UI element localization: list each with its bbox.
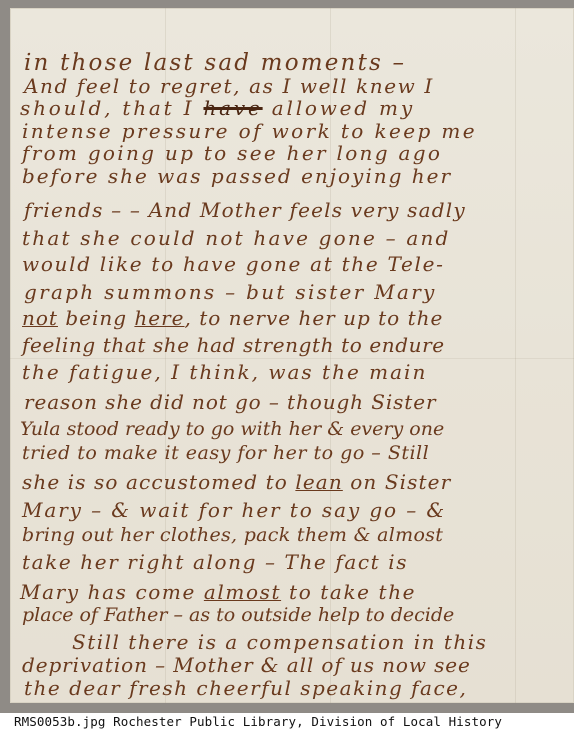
underlined-word-here: here	[134, 306, 184, 330]
handwritten-line-10: graph summons – but sister Mary	[24, 280, 437, 304]
line-3-start: should, that I	[20, 96, 203, 120]
line-17-start: she is so accustomed to	[22, 470, 295, 494]
handwritten-line-17: she is so accustomed to lean on Sister	[22, 470, 451, 494]
handwritten-line-6: before she was passed enjoying her	[22, 164, 452, 188]
handwritten-line-18: Mary – & wait for her to say go – &	[22, 498, 446, 522]
handwritten-line-25: the dear fresh cheerful speaking face,	[24, 676, 467, 700]
underlined-word-lean: lean	[295, 470, 342, 494]
handwritten-line-16: tried to make it easy for her to go – St…	[22, 442, 429, 464]
image-caption: RMS0053b.jpg Rochester Public Library, D…	[14, 714, 502, 729]
handwritten-line-22: place of Father – as to outside help to …	[22, 604, 454, 626]
handwritten-line-19: bring out her clothes, pack them & almos…	[22, 524, 443, 546]
handwritten-line-20: take her right along – The fact is	[22, 550, 408, 574]
handwritten-line-14: reason she did not go – though Sister	[24, 390, 436, 414]
paper-crease	[10, 358, 574, 359]
line-21-end: to take the	[281, 580, 416, 604]
underlined-word-not: not	[22, 306, 58, 330]
handwritten-line-8: that she could not have gone – and	[22, 226, 451, 250]
line-11-mid: being	[58, 306, 134, 330]
handwritten-line-11: not being here, to nerve her up to the	[22, 306, 443, 330]
handwritten-line-12: feeling that she had strength to endure	[22, 333, 445, 357]
handwritten-line-1: in those last sad moments –	[24, 50, 406, 76]
handwritten-line-9: would like to have gone at the Tele-	[22, 252, 445, 276]
line-3-end: allowed my	[263, 96, 415, 120]
handwritten-line-3: should, that I have allowed my	[20, 96, 415, 120]
handwritten-line-13: the fatigue, I think, was the main	[22, 360, 427, 384]
manuscript-page: in those last sad moments – And feel to …	[10, 8, 574, 703]
handwritten-line-21: Mary has come almost to take the	[20, 580, 416, 604]
line-11-end: , to nerve her up to the	[185, 306, 444, 330]
handwritten-line-5: from going up to see her long ago	[22, 141, 442, 165]
paper-fold-line	[515, 8, 516, 703]
struck-through-word: have	[203, 96, 262, 120]
handwritten-line-4: intense pressure of work to keep me	[22, 119, 477, 143]
handwritten-line-2: And feel to regret, as I well knew I	[24, 74, 434, 98]
handwritten-line-24: deprivation – Mother & all of us now see	[22, 653, 471, 677]
handwritten-line-7: friends – – And Mother feels very sadly	[24, 198, 466, 222]
line-17-end: on Sister	[343, 470, 451, 494]
line-21-start: Mary has come	[20, 580, 204, 604]
underlined-word-almost: almost	[204, 580, 281, 604]
handwritten-line-15: Yula stood ready to go with her & every …	[20, 418, 444, 440]
handwritten-line-23: Still there is a compensation in this	[72, 630, 487, 654]
